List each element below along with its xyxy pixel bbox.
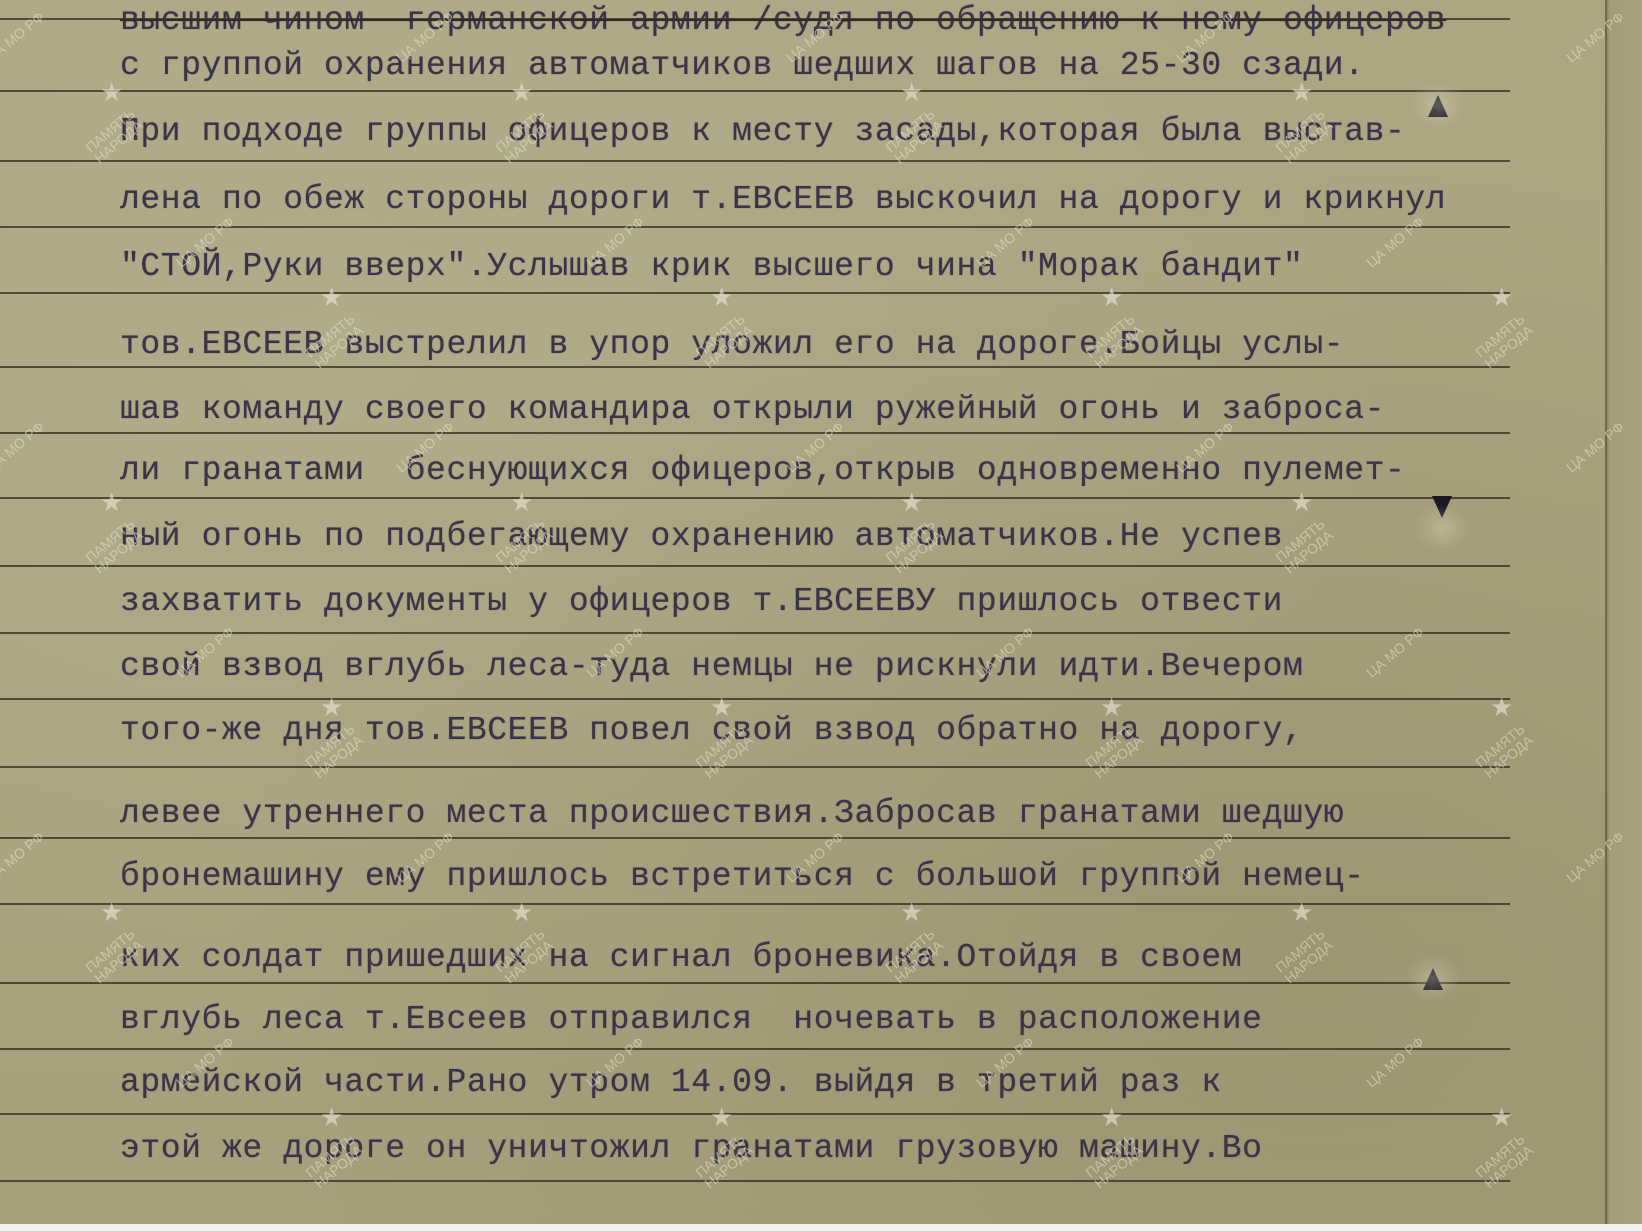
viewer-bottom-margin [0,1224,1642,1231]
star-icon: ★ [710,1103,733,1133]
ruled-line [0,432,1510,434]
ruled-line [0,1180,1510,1182]
text-line: бронемашину ему пришлось встретиться с б… [120,858,1365,895]
text-line: с группой охранения автоматчиков шедших … [120,47,1365,84]
project-watermark: ПАМЯТЬ НАРОДА [1273,926,1336,985]
star-icon: ★ [710,283,733,313]
archive-watermark: ЦА МО РФ [0,419,46,475]
ruled-line [0,903,1510,905]
text-line: свой взвод вглубь леса-туда немцы не рис… [120,648,1303,685]
text-line: этой же дороге он уничтожил гранатами гр… [120,1130,1263,1167]
text-line: "СТОЙ,Руки вверх".Услышав крик высшего ч… [120,248,1303,285]
ruled-line [0,982,1510,984]
text-line: лена по обеж стороны дороги т.ЕВСЕЕВ выс… [120,181,1446,218]
star-icon: ★ [1290,488,1313,518]
ruled-line [0,565,1510,567]
ruled-line [0,160,1510,162]
star-icon: ★ [710,693,733,723]
text-line: левее утреннего места происшествия.Забро… [120,795,1344,832]
text-line: При подходе группы офицеров к месту заса… [120,113,1405,150]
ruled-line [0,366,1510,368]
star-icon: ★ [320,283,343,313]
star-icon: ★ [900,488,923,518]
star-icon: ★ [900,898,923,928]
star-icon: ★ [100,488,123,518]
ruled-line [0,90,1510,92]
star-icon: ★ [100,78,123,108]
text-line: тов.ЕВСЕЕВ выстрелил в упор уложил его н… [120,326,1344,363]
star-icon: ★ [1490,693,1513,723]
star-icon: ★ [900,78,923,108]
text-line: высшим чином германской армии /судя по о… [120,2,1446,39]
ruled-line [0,632,1510,634]
document-page: высшим чином германской армии /судя по о… [0,0,1642,1224]
ruled-line [0,292,1510,294]
star-icon: ★ [1490,283,1513,313]
star-icon: ★ [1290,78,1313,108]
text-line: захватить документы у офицеров т.ЕВСЕЕВУ… [120,583,1283,620]
text-line: шав команду своего командира открыли руж… [120,391,1385,428]
star-icon: ★ [1490,1103,1513,1133]
star-icon: ★ [510,898,533,928]
text-line: вглубь леса т.Евсеев отправился ночевать… [120,1001,1263,1038]
archive-watermark: ЦА МО РФ [1364,1034,1427,1090]
star-icon: ★ [510,488,533,518]
punch-hole-icon [1428,95,1448,117]
star-icon: ★ [510,78,533,108]
archive-watermark: ЦА МО РФ [1364,214,1427,270]
ruled-line [0,1048,1510,1050]
binding-edge [1605,0,1642,1224]
star-icon: ★ [100,898,123,928]
text-line: ли гранатами беснующихся офицеров,открыв… [120,452,1405,489]
text-line: армейской части.Рано утром 14.09. выйдя … [120,1064,1222,1101]
ruled-line [0,1113,1510,1115]
project-watermark: ПАМЯТЬ НАРОДА [1473,721,1536,780]
star-icon: ★ [1100,283,1123,313]
text-line: ный огонь по подбегающему охранению авто… [120,518,1283,555]
text-line: ких солдат пришедших на сигнал броневика… [120,939,1242,976]
punch-hole-icon [1432,496,1452,518]
star-icon: ★ [320,1103,343,1133]
star-icon: ★ [320,693,343,723]
project-watermark: ПАМЯТЬ НАРОДА [1473,311,1536,370]
ruled-line [0,226,1510,228]
punch-hole-icon [1423,968,1443,990]
ruled-line [0,837,1510,839]
star-icon: ★ [1100,1103,1123,1133]
ruled-line [0,497,1510,499]
star-icon: ★ [1290,898,1313,928]
star-icon: ★ [1100,693,1123,723]
ruled-line [0,698,1510,700]
ruled-line [0,766,1510,768]
